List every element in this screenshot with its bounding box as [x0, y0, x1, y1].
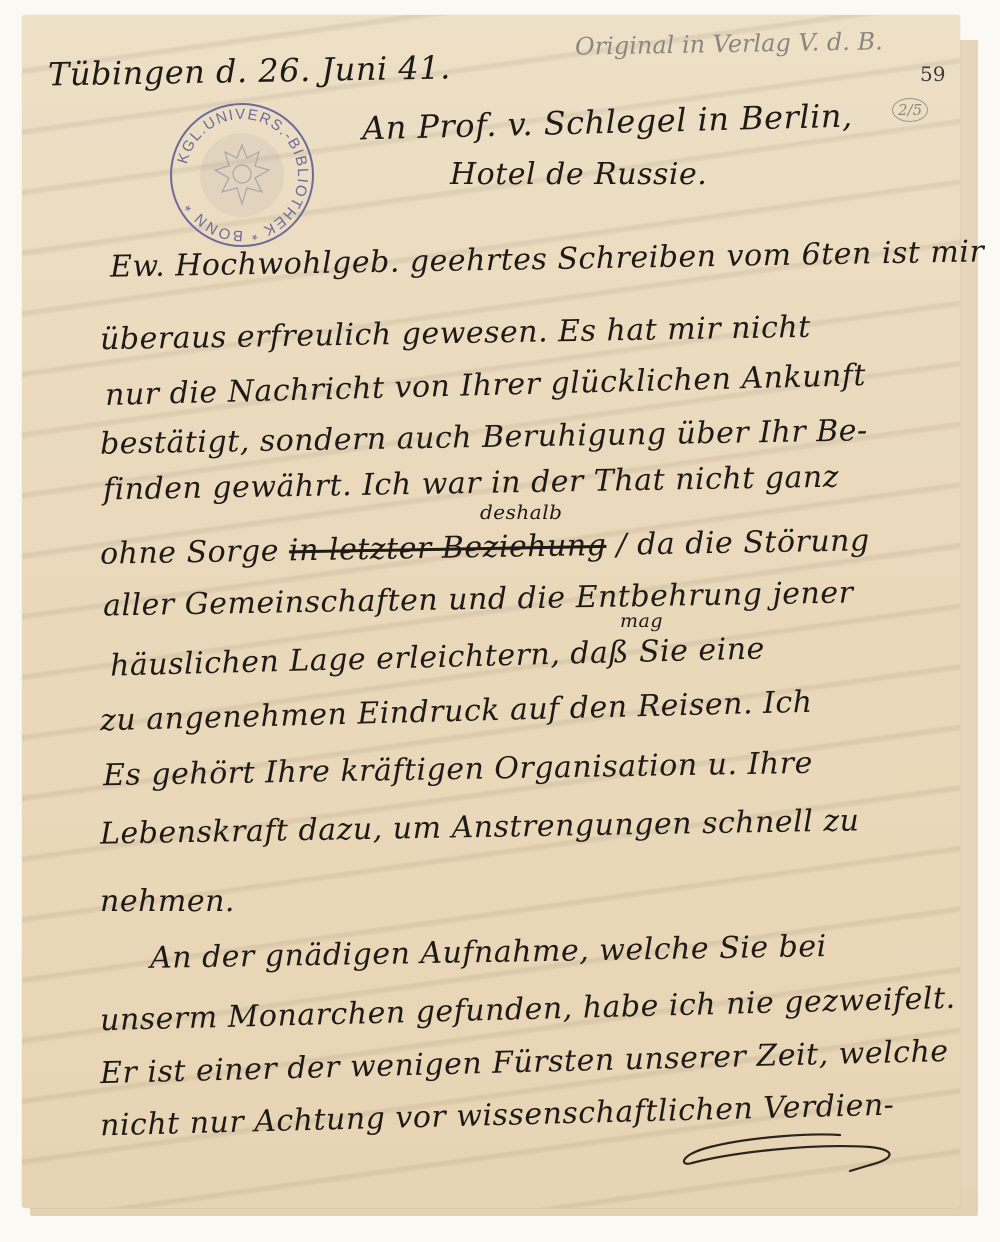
ohne-sorge: ohne Sorge: [100, 533, 290, 571]
insertion-deshalb: deshalb: [480, 500, 562, 524]
circled-mark: 2/5: [892, 98, 928, 122]
signature-flourish-icon: [670, 1125, 900, 1175]
pencil-note: Original in Verlag V. d. B.: [575, 27, 883, 60]
hotel-line: Hotel de Russie.: [450, 157, 707, 192]
place-date: Tübingen d. 26. Juni 41.: [48, 48, 451, 93]
struck-text: in letzter Beziehung: [289, 528, 607, 569]
insertion-text: da die Störung: [637, 523, 870, 562]
library-stamp-icon: KGL.UNIVERS.-BIBLIOTHEK * BONN *: [167, 100, 317, 250]
insertion-mag: mag: [620, 610, 663, 632]
insertion-stoerung: /: [606, 527, 637, 563]
folio-number: 59: [920, 62, 945, 86]
body-line-12: nehmen.: [100, 884, 235, 919]
